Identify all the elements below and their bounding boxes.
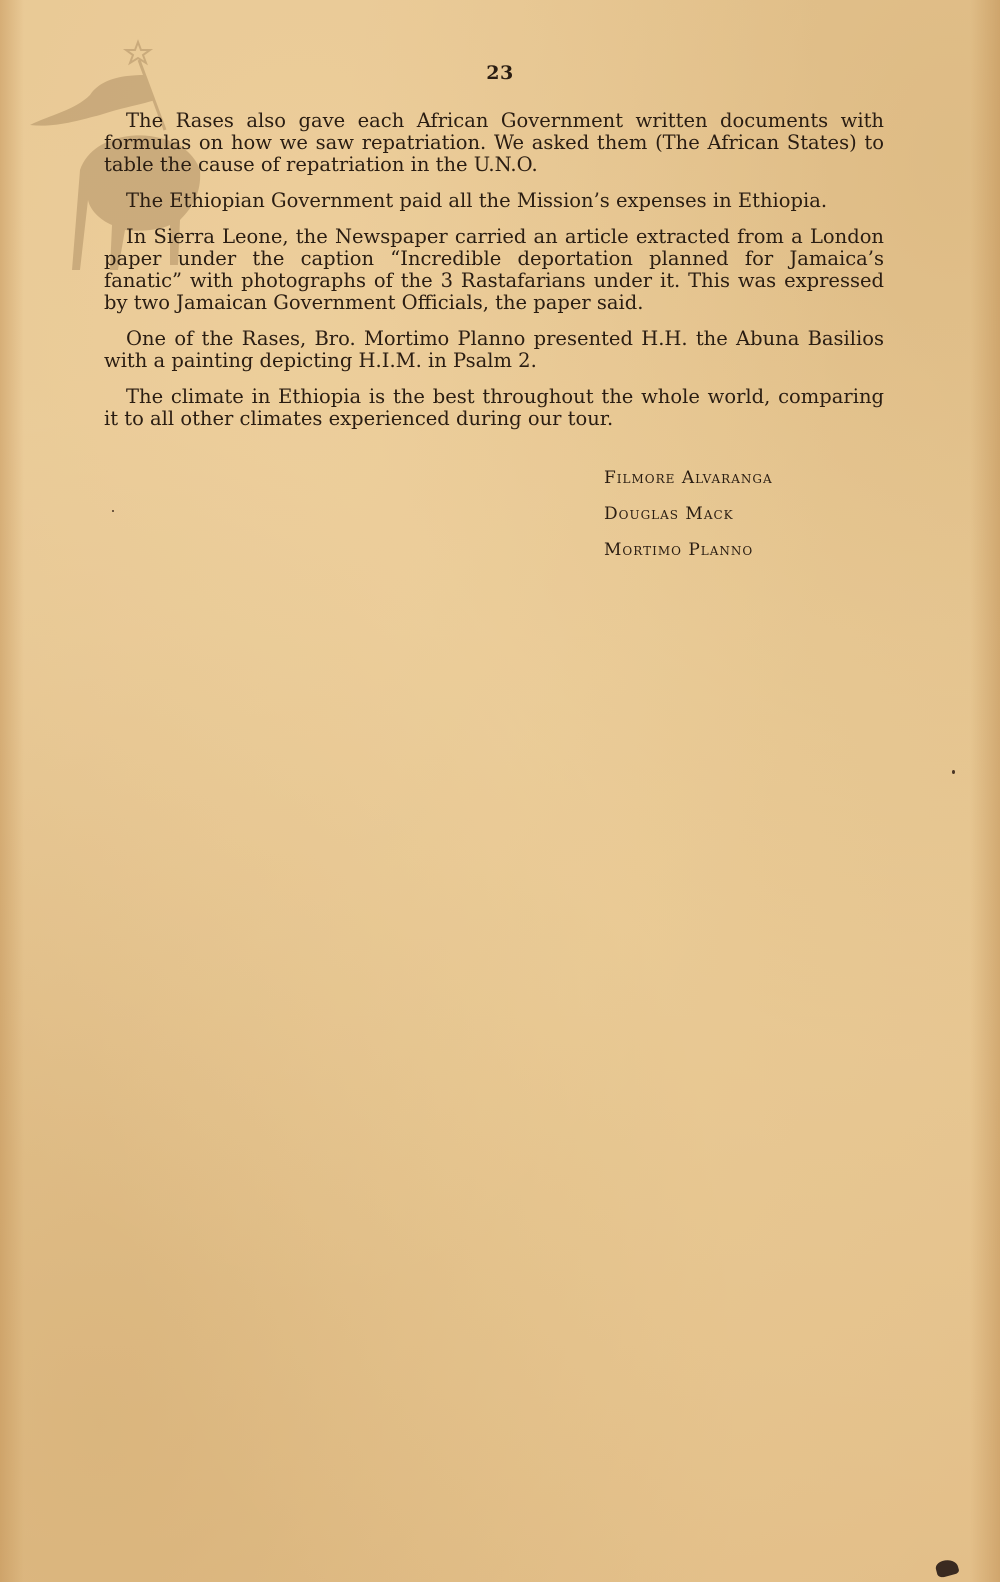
paper-speck <box>112 510 114 512</box>
paragraph-sierra-leone-newspaper: In Sierra Leone, the Newspaper carried a… <box>104 226 884 314</box>
paragraph-climate: The climate in Ethiopia is the best thro… <box>104 386 884 430</box>
document-page: 23 The Rases also gave each African Gove… <box>0 0 1000 1582</box>
body-text: The Rases also gave each African Governm… <box>104 110 884 444</box>
signatory-name: Filmore Alvaranga <box>604 468 773 504</box>
page-edge-shadow-right <box>970 0 1000 1582</box>
signatory-name: Douglas Mack <box>604 504 773 540</box>
paper-speck <box>952 770 955 774</box>
paragraph-ethiopian-expenses: The Ethiopian Government paid all the Mi… <box>104 190 884 212</box>
signatory-name: Mortimo Planno <box>604 540 773 576</box>
paragraph-rases-documents: The Rases also gave each African Governm… <box>104 110 884 176</box>
paragraph-painting-presentation: One of the Rases, Bro. Mortimo Planno pr… <box>104 328 884 372</box>
page-number: 23 <box>0 62 1000 84</box>
paper-stain-mark <box>934 1557 959 1578</box>
signature-block: Filmore Alvaranga Douglas Mack Mortimo P… <box>604 468 773 576</box>
